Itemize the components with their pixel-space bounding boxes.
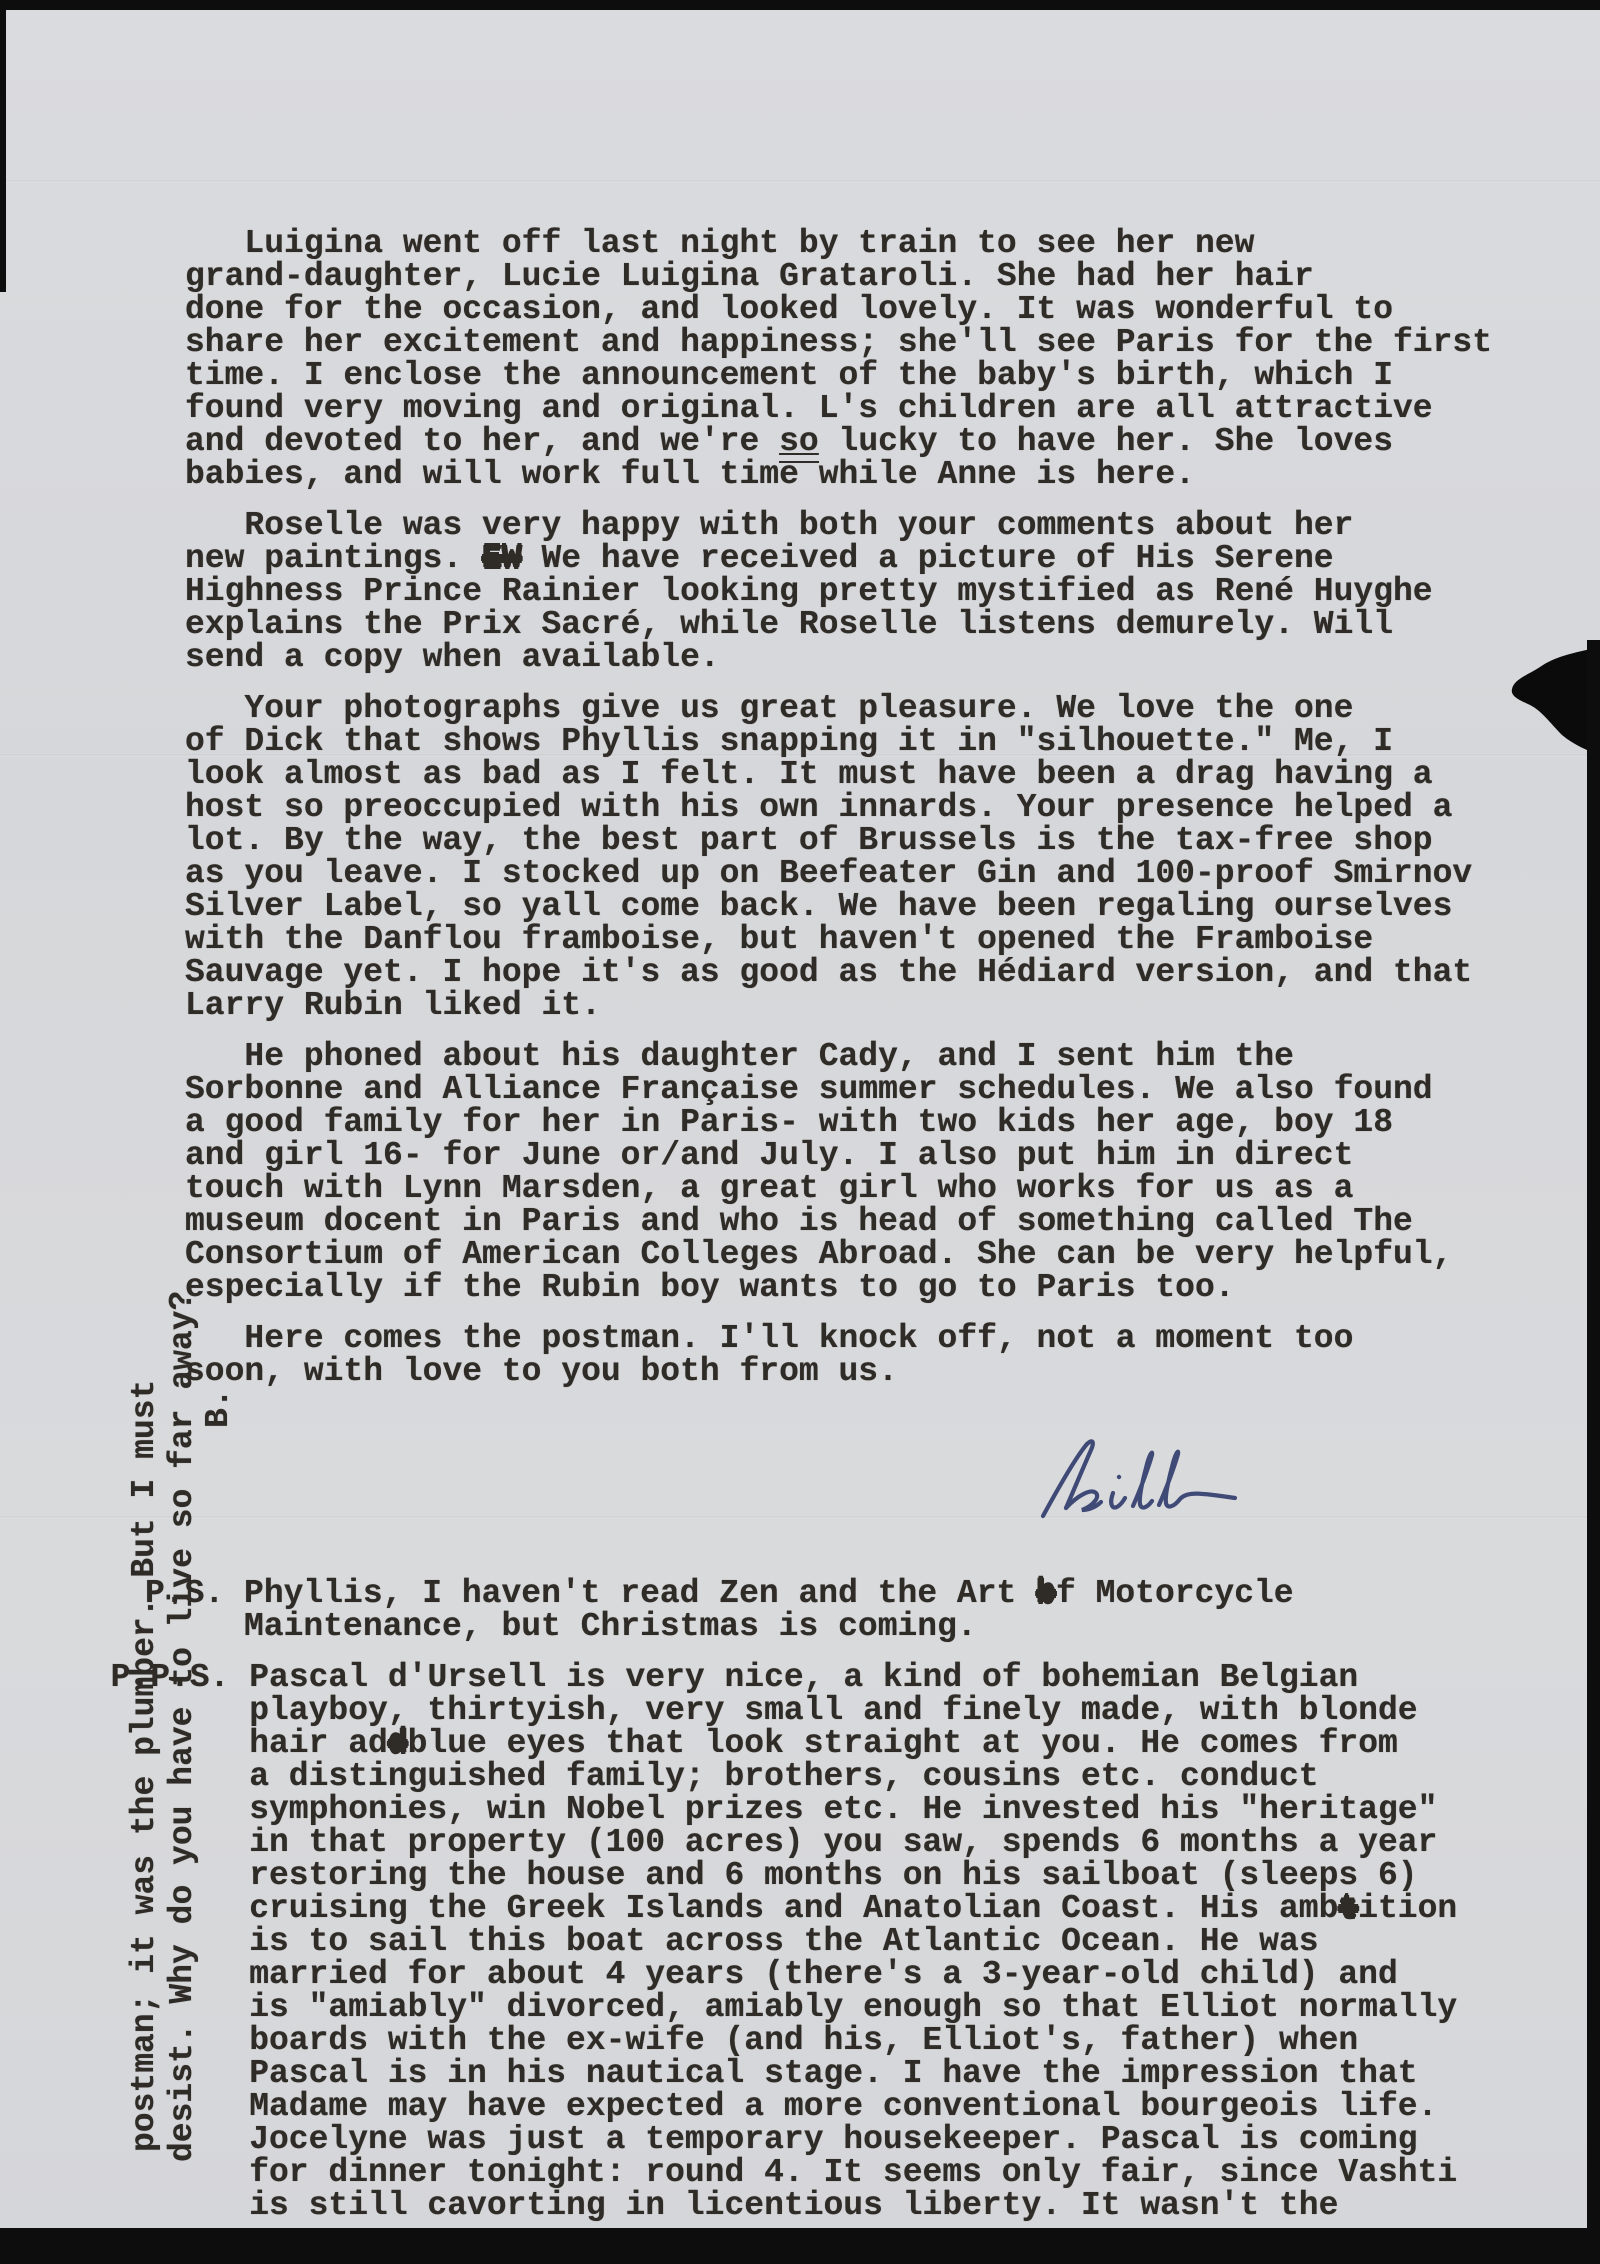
letter-line: babies, and will work full time while An… bbox=[185, 458, 1492, 491]
letter-line: in that property (100 acres) you saw, sp… bbox=[249, 1826, 1457, 1859]
letter-line: Jocelyne was just a temporary housekeepe… bbox=[249, 2123, 1457, 2156]
paragraph: He phoned about his daughter Cady, and I… bbox=[185, 1040, 1492, 1304]
letter-line: grand-daughter, Lucie Luigina Grataroli.… bbox=[185, 260, 1492, 293]
text-segment: hair ad bbox=[249, 1725, 388, 1762]
letter-line: Larry Rubin liked it. bbox=[185, 989, 1492, 1022]
text-segment: lucky to have her. She loves bbox=[819, 423, 1393, 460]
letter-line: boards with the ex-wife (and his, Elliot… bbox=[249, 2024, 1457, 2057]
letter-line: soon, with love to you both from us. bbox=[185, 1355, 1492, 1388]
letter-line: P.S. Phyllis, I haven't read Zen and the… bbox=[145, 1577, 1457, 1610]
letter-line: is "amiably" divorced, amiably enough so… bbox=[249, 1991, 1457, 2024]
letter-line: share her excitement and happiness; she'… bbox=[185, 326, 1492, 359]
paragraph: Here comes the postman. I'll knock off, … bbox=[185, 1322, 1492, 1388]
margin-note-line-1: postman; it was the plumber. But I must bbox=[128, 1380, 161, 2152]
letter-line: Madame may have expected a more conventi… bbox=[249, 2090, 1457, 2123]
letter-line: look almost as bad as I felt. It must ha… bbox=[185, 758, 1492, 791]
photo-border-bottom bbox=[0, 2228, 1600, 2264]
text-segment: blue eyes that look straight at you. He … bbox=[408, 1725, 1398, 1762]
paragraph: Luigina went off last night by train to … bbox=[185, 227, 1492, 491]
letter-line: a distinguished family; brothers, cousin… bbox=[249, 1760, 1457, 1793]
margin-note-line-2: desist. Why do you have to live so far a… bbox=[166, 1291, 199, 2162]
text-segment: Phyllis, I haven't read Zen and the Art bbox=[244, 1575, 1036, 1612]
letter-line: symphonies, win Nobel prizes etc. He inv… bbox=[249, 1793, 1457, 1826]
letter-line: Here comes the postman. I'll knock off, … bbox=[185, 1322, 1492, 1355]
letter-line: time. I enclose the announcement of the … bbox=[185, 359, 1492, 392]
letter-line: lot. By the way, the best part of Brusse… bbox=[185, 824, 1492, 857]
paragraph: Your photographs give us great pleasure.… bbox=[185, 692, 1492, 1022]
letter-line: Highness Prince Rainier looking pretty m… bbox=[185, 575, 1492, 608]
letter-line: restoring the house and 6 months on his … bbox=[249, 1859, 1457, 1892]
photo-border-top bbox=[0, 0, 1600, 10]
letter-line: Sorbonne and Alliance Française summer s… bbox=[185, 1073, 1492, 1106]
letter-line: a good family for her in Paris- with two… bbox=[185, 1106, 1492, 1139]
letter-line: married for about 4 years (there's a 3-y… bbox=[249, 1958, 1457, 1991]
letter-line: P.P.S. Pascal d'Ursell is very nice, a k… bbox=[111, 1661, 1458, 1694]
signature-bill bbox=[1035, 1438, 1250, 1523]
letter-body: Luigina went off last night by train to … bbox=[185, 227, 1492, 1388]
letter-line: touch with Lynn Marsden, a great girl wh… bbox=[185, 1172, 1492, 1205]
letter-line: cruising the Greek Islands and Anatolian… bbox=[249, 1892, 1457, 1925]
photo-border-right bbox=[1587, 640, 1600, 2264]
letter-line: Your photographs give us great pleasure.… bbox=[185, 692, 1492, 725]
postscript-block: P.S. Phyllis, I haven't read Zen and the… bbox=[196, 1577, 1457, 1643]
overstruck-text: d bbox=[388, 1725, 408, 1762]
letter-line: and devoted to her, and we're so lucky t… bbox=[185, 425, 1492, 458]
letter-line: as you leave. I stocked up on Beefeater … bbox=[185, 857, 1492, 890]
letter-line: especially if the Rubin boy wants to go … bbox=[185, 1271, 1492, 1304]
letter-line: for dinner tonight: round 4. It seems on… bbox=[249, 2156, 1457, 2189]
letter-line: new paintings. EW We have received a pic… bbox=[185, 542, 1492, 575]
text-segment: new paintings. bbox=[185, 540, 482, 577]
letter-line: of Dick that shows Phyllis snapping it i… bbox=[185, 725, 1492, 758]
letter-line: Pascal is in his nautical stage. I have … bbox=[249, 2057, 1457, 2090]
text-segment: and devoted to her, and we're bbox=[185, 423, 779, 460]
letter-line: is still cavorting in licentious liberty… bbox=[249, 2189, 1457, 2222]
letter-line: playboy, thirtyish, very small and finel… bbox=[249, 1694, 1457, 1727]
margin-note-initial: B. bbox=[202, 1388, 235, 1428]
paper-crease bbox=[0, 1516, 1600, 1519]
letter-line: Silver Label, so yall come back. We have… bbox=[185, 890, 1492, 923]
signature-ink-stroke bbox=[1035, 1438, 1250, 1523]
letter-page: Luigina went off last night by train to … bbox=[0, 0, 1600, 2264]
letter-line: Maintenance, but Christmas is coming. bbox=[244, 1610, 1457, 1643]
letter-line: host so preoccupied with his own innards… bbox=[185, 791, 1492, 824]
text-segment: ition bbox=[1358, 1890, 1457, 1927]
letter-line: Luigina went off last night by train to … bbox=[185, 227, 1492, 260]
letter-line: send a copy when available. bbox=[185, 641, 1492, 674]
letter-line: Roselle was very happy with both your co… bbox=[185, 509, 1492, 542]
postscript-block: P.P.S. Pascal d'Ursell is very nice, a k… bbox=[182, 1661, 1457, 2222]
letter-line: is to sail this boat across the Atlantic… bbox=[249, 1925, 1457, 1958]
overstruck-text: EW bbox=[482, 540, 522, 577]
text-segment: f Motorcycle bbox=[1056, 1575, 1294, 1612]
letter-line: found very moving and original. L's chil… bbox=[185, 392, 1492, 425]
photo-border-left bbox=[0, 0, 6, 292]
letter-line: done for the occasion, and looked lovely… bbox=[185, 293, 1492, 326]
overstruck-text: t bbox=[1338, 1890, 1358, 1927]
letter-line: Sauvage yet. I hope it's as good as the … bbox=[185, 956, 1492, 989]
letter-line: hair addblue eyes that look straight at … bbox=[249, 1727, 1457, 1760]
letter-line: explains the Prix Sacré, while Roselle l… bbox=[185, 608, 1492, 641]
letter-line: and girl 16- for June or/and July. I als… bbox=[185, 1139, 1492, 1172]
letter-line: with the Danflou framboise, but haven't … bbox=[185, 923, 1492, 956]
postscripts: P.S. Phyllis, I haven't read Zen and the… bbox=[182, 1577, 1457, 2222]
paper-crease bbox=[0, 180, 1600, 183]
text-segment: cruising the Greek Islands and Anatolian… bbox=[249, 1890, 1338, 1927]
text-segment: We have received a picture of His Serene bbox=[522, 540, 1334, 577]
overstruck-text: b bbox=[1036, 1575, 1056, 1612]
letter-line: He phoned about his daughter Cady, and I… bbox=[185, 1040, 1492, 1073]
paragraph: Roselle was very happy with both your co… bbox=[185, 509, 1492, 674]
torn-corner-blob bbox=[1492, 645, 1600, 760]
letter-line: museum docent in Paris and who is head o… bbox=[185, 1205, 1492, 1238]
letter-line: Consortium of American Colleges Abroad. … bbox=[185, 1238, 1492, 1271]
